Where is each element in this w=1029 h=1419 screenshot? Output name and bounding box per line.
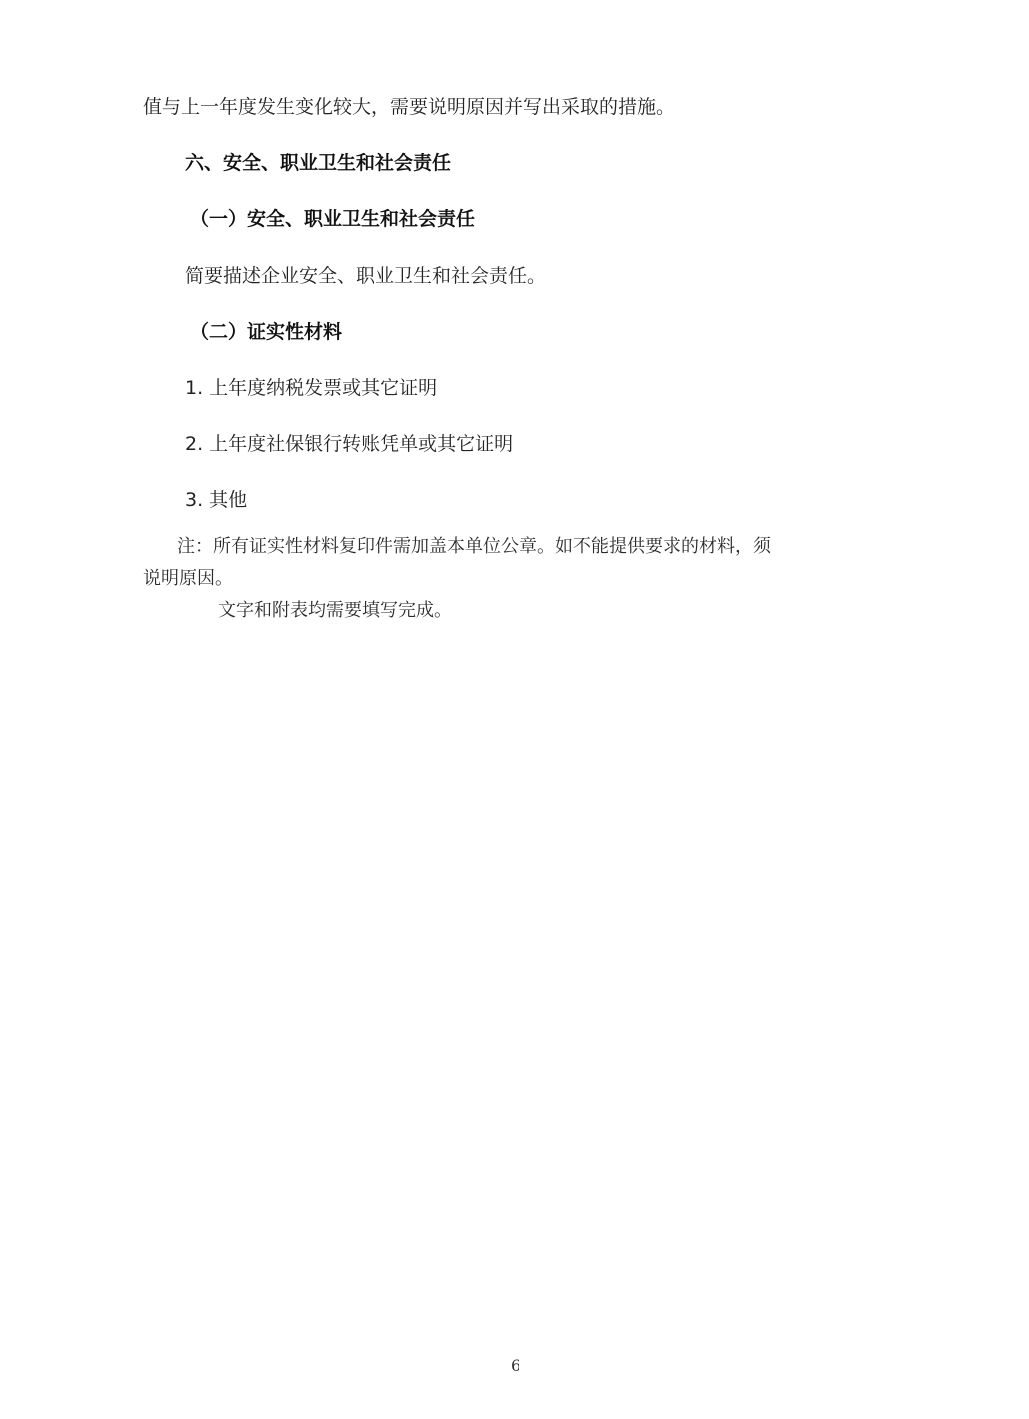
evidence-list-item: 3. 其他	[185, 491, 247, 510]
document-page: 值与上一年度发生变化较大，需要说明原因并写出采取的措施。 六、安全、职业卫生和社…	[0, 0, 1029, 1419]
subsection-body-safety: 简要描述企业安全、职业卫生和社会责任。	[185, 267, 546, 286]
subsection-heading-evidence: （二）证实性材料	[190, 323, 342, 342]
evidence-list-item: 2. 上年度社保银行转账凭单或其它证明	[185, 435, 513, 454]
page-number: 6	[511, 1358, 519, 1374]
section-heading: 六、安全、职业卫生和社会责任	[185, 154, 451, 173]
note-line-1: 注：所有证实性材料复印件需加盖本单位公章。如不能提供要求的材料，须	[177, 538, 771, 556]
intro-continuation-text: 值与上一年度发生变化较大，需要说明原因并写出采取的措施。	[143, 98, 675, 117]
evidence-list-item: 1. 上年度纳税发票或其它证明	[185, 379, 437, 398]
subsection-heading-safety: （一）安全、职业卫生和社会责任	[190, 210, 475, 229]
note-line-2: 说明原因。	[143, 570, 233, 588]
note-line-3: 文字和附表均需要填写完成。	[218, 602, 452, 620]
